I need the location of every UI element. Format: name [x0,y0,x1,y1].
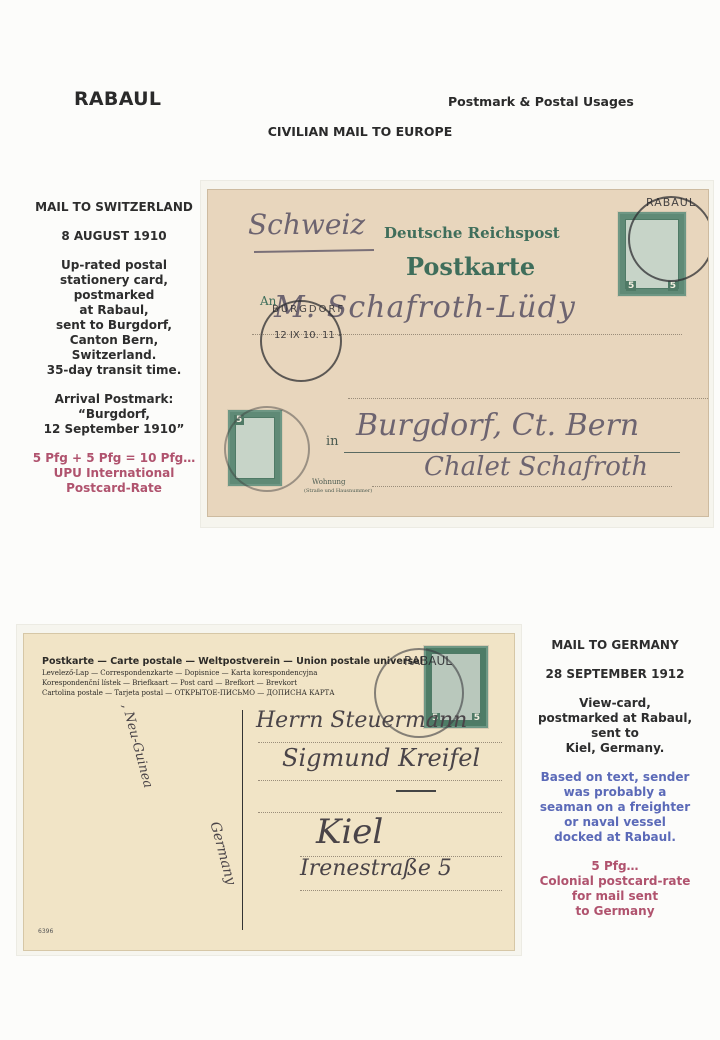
handwritten-town: Burgdorf, Ct. Bern [356,408,639,443]
handwritten-country: Schweiz [248,208,365,241]
handwritten-street: Chalet Schafroth [424,452,648,482]
handwritten-message: Rabaul, Neu-Guinea [32,704,232,934]
exhibit-heading: MAIL TO SWITZERLAND [28,200,200,215]
handwritten-city: Kiel [316,812,383,852]
card-mount-switzerland: Schweiz Deutsche Reichspost Postkarte 5 … [200,180,714,528]
exhibit-germany-notes: MAIL TO GERMANY 28 SEPTEMBER 1912 View-c… [524,638,706,933]
label-in: in [326,434,339,449]
label-wohnung: Wohnung [312,478,345,486]
page-title: RABAUL [74,88,161,110]
exhibit-date: 28 SEPTEMBER 1912 [524,667,706,682]
divider-line [242,710,243,930]
exhibit-rate: 5 Pfg… Colonial postcard-rate for mail s… [524,859,706,919]
section-heading: CIVILIAN MAIL TO EUROPE [0,124,720,139]
exhibit-switzerland-notes: MAIL TO SWITZERLAND 8 AUGUST 1910 Up-rat… [28,200,200,510]
card-title: Postkarte [406,252,535,281]
exhibit-date: 8 AUGUST 1910 [28,229,200,244]
card-header-line-3: Korespondenční lístek — Briefkaart — Pos… [42,679,297,687]
exhibit-rate: 5 Pfg + 5 Pfg = 10 Pfg… UPU Internationa… [28,451,200,496]
rabaul-postmark-adhesive [224,406,310,492]
exhibit-context: Based on text, sender was probably a sea… [524,770,706,845]
exhibit-description: Up-rated postal stationery card, postmar… [28,258,200,378]
view-card: Postkarte — Carte postale — Weltpostvere… [24,634,514,950]
print-number: 6396 [38,928,53,935]
card-header-line-1: Postkarte — Carte postale — Weltpostvere… [42,656,433,667]
exhibit-heading: MAIL TO GERMANY [524,638,706,653]
dash-mark [396,790,436,792]
handwritten-addressee-line-1: Herrn Steuermann [256,708,467,733]
card-header: Deutsche Reichspost [384,224,560,242]
underline [254,249,374,253]
exhibit-arrival: Arrival Postmark: “Burgdorf, 12 Septembe… [28,392,200,437]
card-header-line-2: Levelező-Lap — Correspondenzkarte — Dopi… [42,669,317,677]
handwritten-addressee-line-2: Sigmund Kreifel [282,744,480,772]
card-mount-germany: Postkarte — Carte postale — Weltpostvere… [16,624,522,956]
postal-stationery-card: Schweiz Deutsche Reichspost Postkarte 5 … [208,190,708,516]
handwritten-street: Irenestraße 5 [300,856,452,881]
label-wohnung-sub: (Straße und Hausnummer) [304,488,372,494]
card-header-line-4: Cartolina postale — Tarjeta postal — ОТК… [42,689,335,697]
page-subtitle: Postmark & Postal Usages [448,94,634,109]
exhibit-description: View-card, postmarked at Rabaul, sent to… [524,696,706,756]
